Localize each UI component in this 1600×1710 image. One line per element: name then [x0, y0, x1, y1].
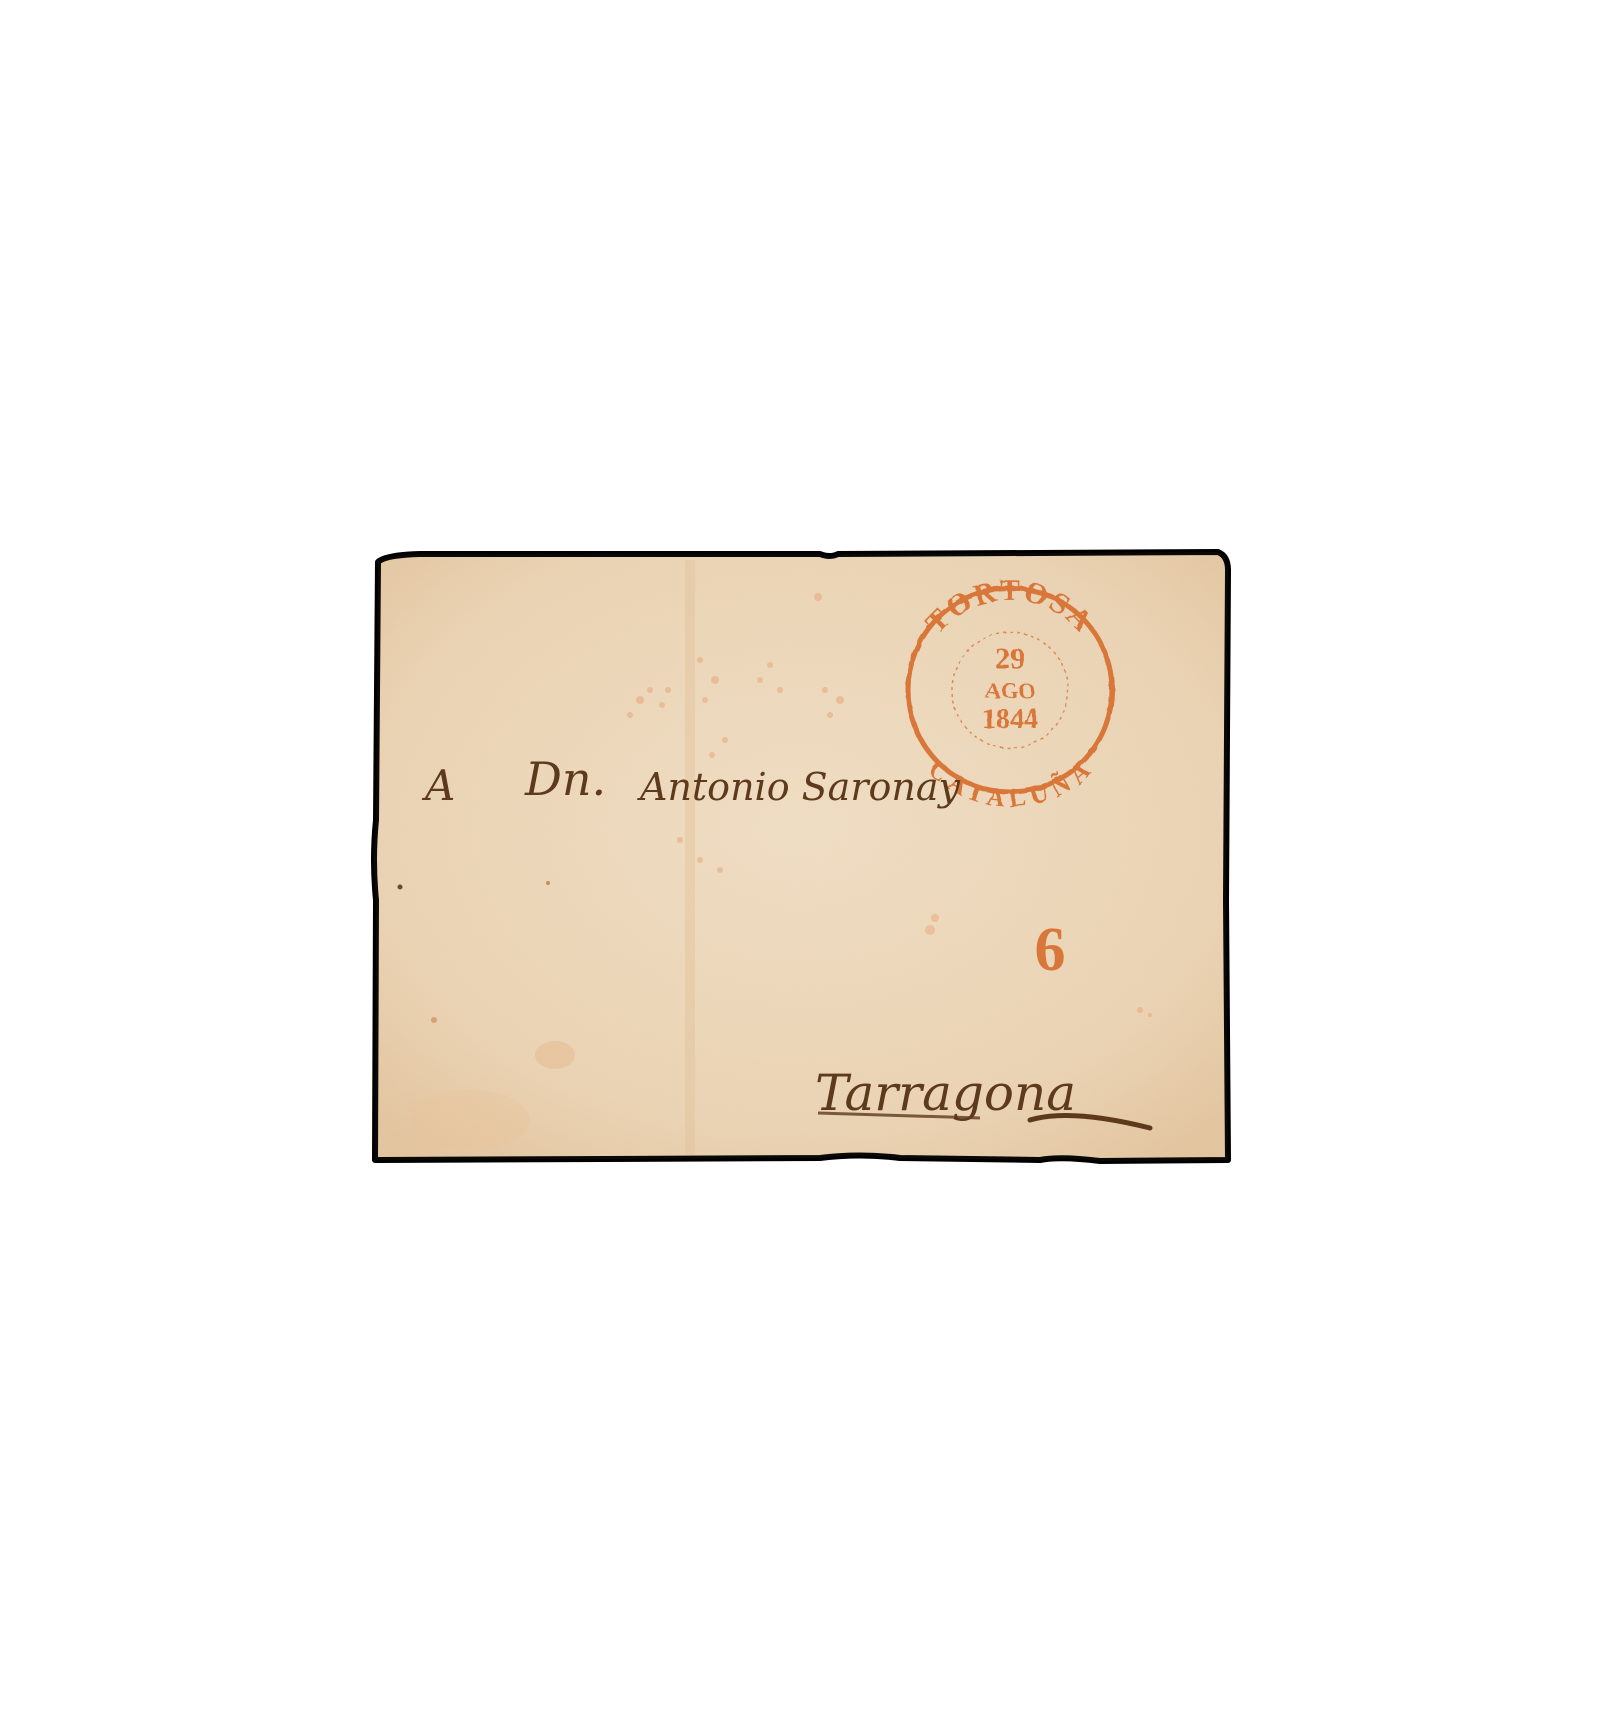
- postmark-year: 1844: [982, 704, 1038, 735]
- postmark-month: AGO: [985, 678, 1035, 703]
- address-name: Antonio Saronay: [637, 765, 961, 809]
- rate-mark: 6: [1035, 916, 1066, 984]
- stain: [535, 1041, 575, 1069]
- ink-speck: [398, 885, 403, 890]
- ink-speck: [546, 881, 550, 885]
- address-prefix: A: [421, 761, 455, 810]
- letter-cover-photo: TORTOSA CATALUÑA 29 AGO 1844 6 A Dn. Ant…: [0, 0, 1600, 1710]
- stain: [410, 1090, 530, 1150]
- postmark-day: 29: [995, 642, 1025, 675]
- ink-speck: [431, 1017, 437, 1023]
- address-honorific: Dn.: [524, 752, 606, 806]
